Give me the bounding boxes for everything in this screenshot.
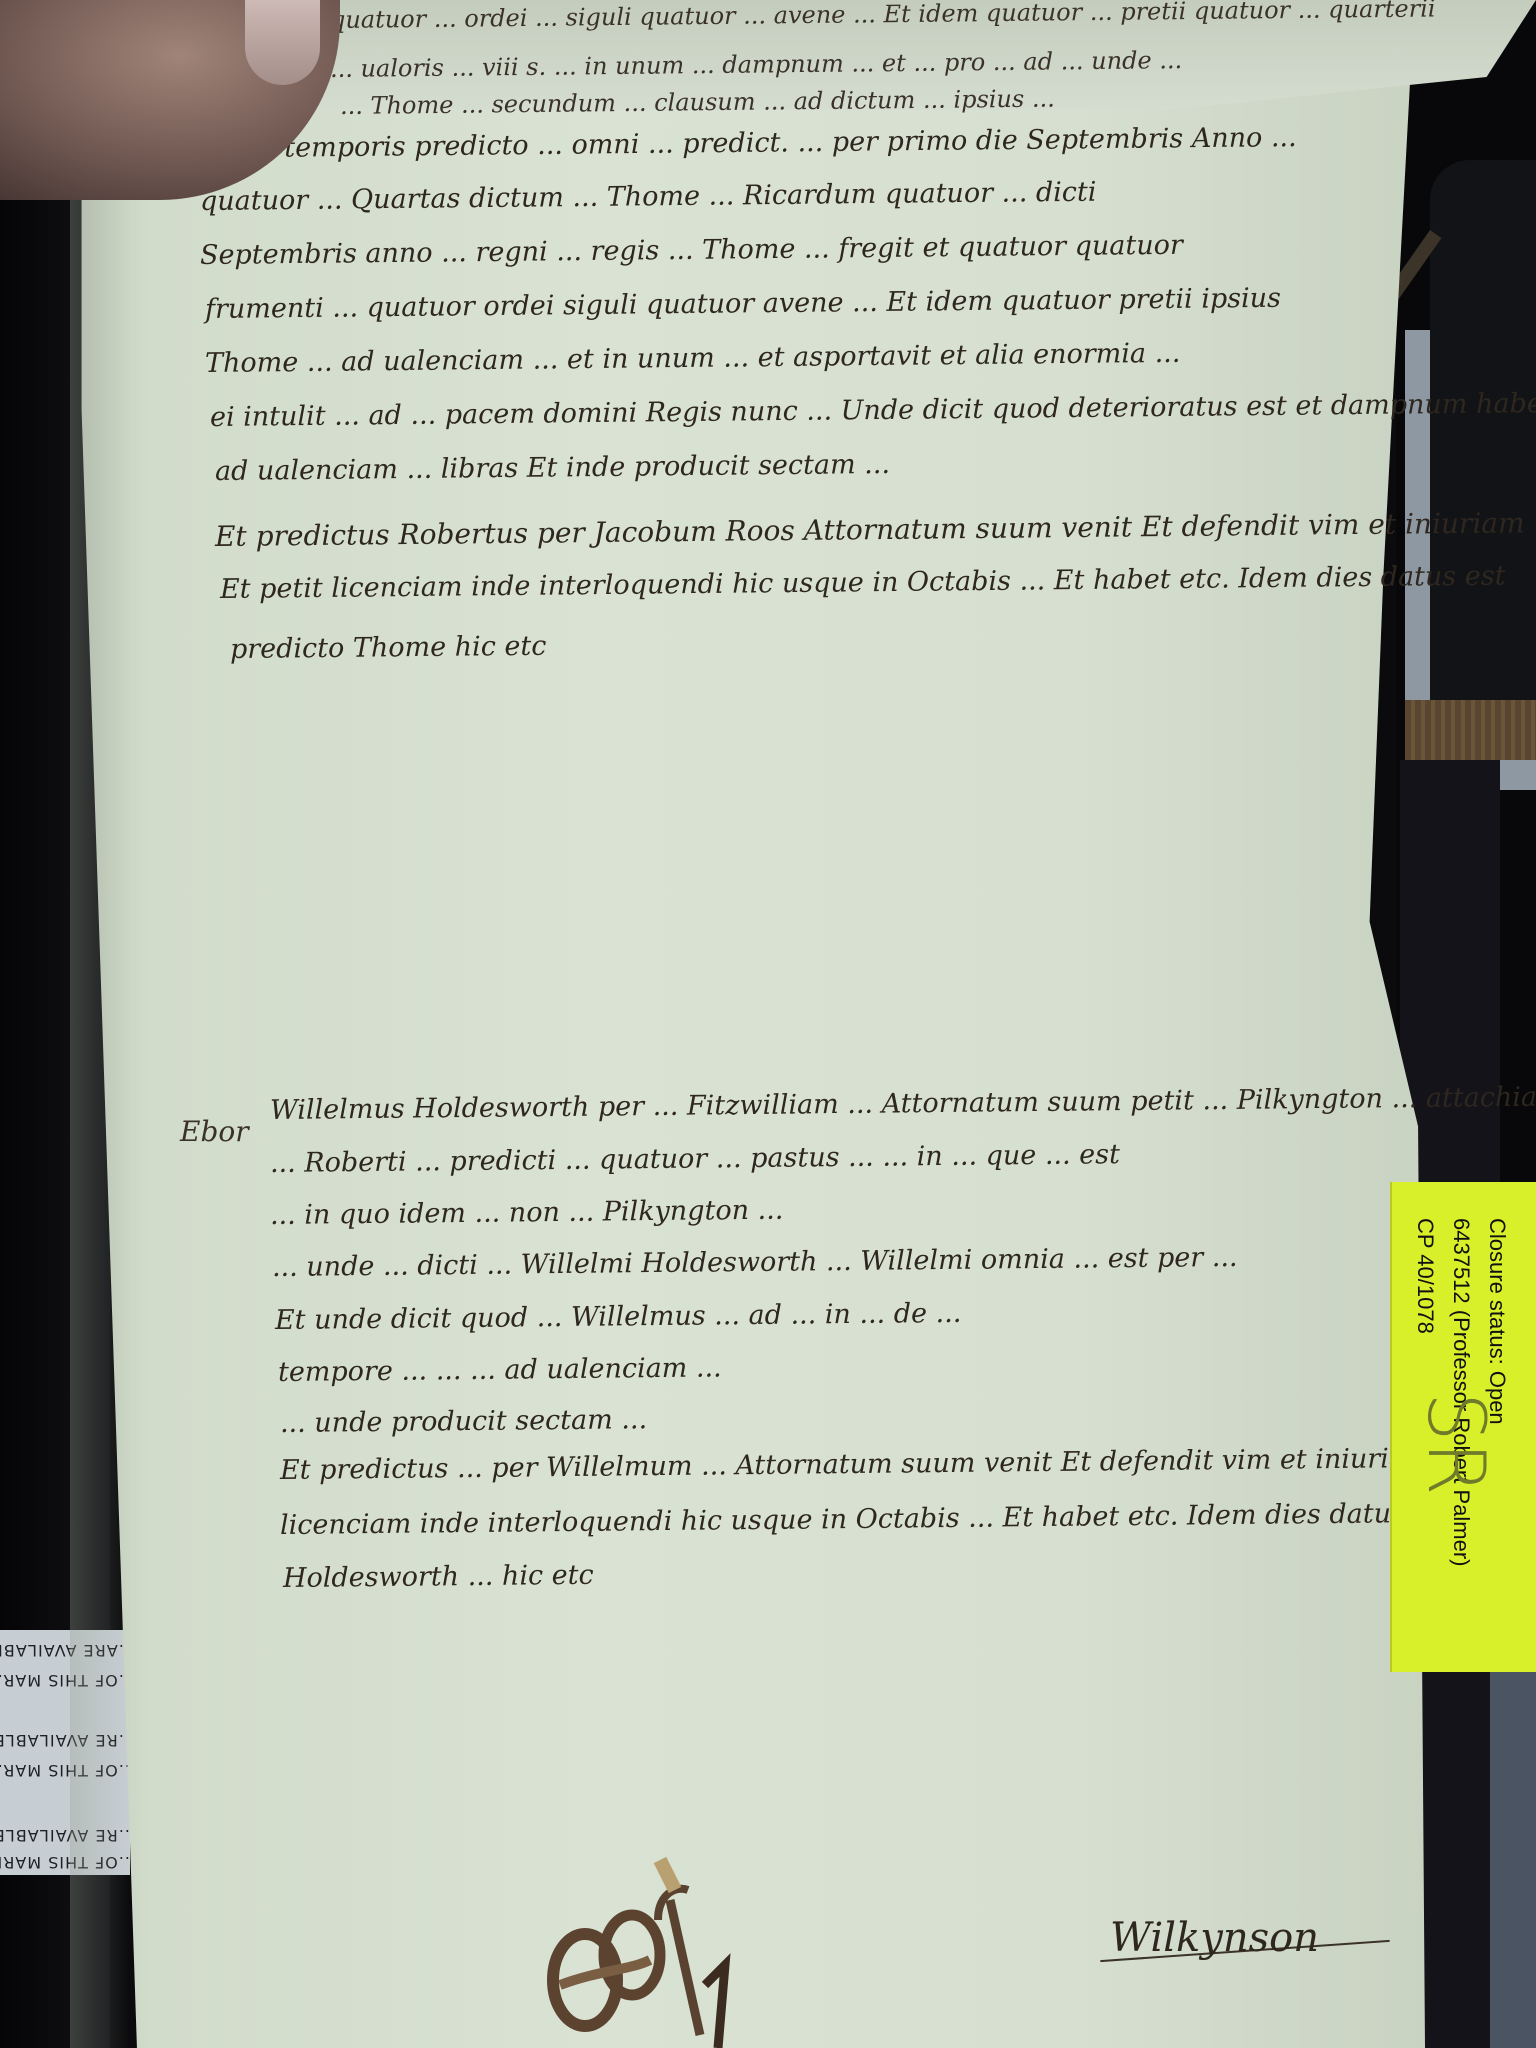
manuscript-line: tempore ... ... ... ad ualenciam ... xyxy=(278,1352,722,1388)
manuscript-line: ... unde producit sectam ... xyxy=(280,1404,647,1439)
manuscript-line: predicto Thome hic etc xyxy=(230,631,547,665)
wooden-shelf-edge xyxy=(1405,700,1536,760)
yellow-label-text: CP 40/1078 6437512 (Professor Robert Pal… xyxy=(1392,1182,1536,1672)
manuscript-line: ... in quo idem ... non ... Pilkyngton .… xyxy=(270,1195,784,1231)
label-handwritten-initials: SR xyxy=(1410,1392,1500,1496)
grey-background-panel xyxy=(1490,1672,1536,2048)
archive-box-dark-opening xyxy=(1430,160,1536,720)
label-reference: CP 40/1078 xyxy=(1412,1218,1438,1334)
notarial-flourish-icon xyxy=(540,1820,780,2048)
manuscript-line: Holdesworth ... hic etc xyxy=(283,1560,594,1594)
margin-note-county: Ebor xyxy=(180,1115,249,1148)
thumbnail xyxy=(245,0,320,85)
clerk-signature: Wilkynson xyxy=(1110,1915,1319,1961)
parchment-fold-shadow xyxy=(70,200,130,2048)
